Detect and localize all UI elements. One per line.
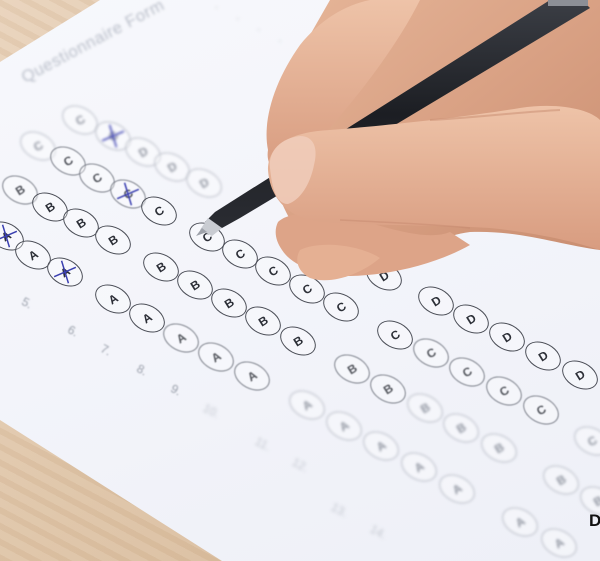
- bubble-letter: B: [554, 472, 569, 488]
- bubble-letter: C: [300, 281, 315, 297]
- bubble-letter: C: [233, 246, 248, 262]
- bubble-letter: D: [500, 329, 515, 345]
- bubble-letter: B: [222, 295, 237, 311]
- bubble-letter: A: [26, 247, 41, 263]
- bubble-letter: A: [140, 310, 155, 326]
- bubble-letter: A: [106, 291, 121, 307]
- bubble-letter: D: [464, 311, 479, 327]
- bubble-letter: B: [106, 232, 121, 248]
- photo-scene: Questionnaire Form · · · · 5.6.7.8.9.10.…: [0, 0, 600, 561]
- bubble-letter: C: [266, 263, 281, 279]
- bubble-letter: A: [513, 514, 528, 530]
- bubble-letter: C: [200, 229, 215, 245]
- bubble-letter: A: [337, 418, 352, 434]
- bubble-letter: B: [256, 313, 271, 329]
- bubble-letter: A: [174, 330, 189, 346]
- bubble-letter: A: [552, 535, 567, 551]
- bubble-letter: B: [74, 215, 89, 231]
- bubble-letter: D: [377, 268, 392, 284]
- bubble-letter: C: [388, 327, 403, 343]
- bubble-letter: B: [418, 400, 433, 416]
- bubble-letter: B: [43, 199, 58, 215]
- bubble-letter: A: [412, 459, 427, 475]
- bubble-letter: B: [591, 493, 600, 509]
- bubble-letter: A: [300, 397, 315, 413]
- bubble-letter: A: [245, 368, 260, 384]
- bubble-letter: B: [381, 381, 396, 397]
- bubble-letter: D: [573, 367, 588, 383]
- bubble-letter: C: [460, 364, 475, 380]
- bubble-letter: B: [188, 277, 203, 293]
- bubble-letter: B: [492, 440, 507, 456]
- bubble-letter: D: [136, 144, 151, 160]
- bubble-letter: D: [536, 348, 551, 364]
- bubble-letter: B: [345, 361, 360, 377]
- bubble-letter: C: [31, 138, 46, 154]
- bubble-letter: A: [374, 438, 389, 454]
- bubble-letter: A: [450, 481, 465, 497]
- bubble-letter: B: [291, 333, 306, 349]
- bubble-letter: C: [73, 112, 88, 128]
- bubble-letter: C: [534, 402, 549, 418]
- bubble-letter: C: [90, 170, 105, 186]
- bubble-letter: C: [61, 153, 76, 169]
- bubble-letter: A: [209, 349, 224, 365]
- bubble-letter: D: [429, 293, 444, 309]
- bubble-letter: B: [154, 259, 169, 275]
- bubble-letter: C: [424, 345, 439, 361]
- bubble-letter: C: [585, 433, 600, 449]
- bubble-letter: C: [152, 203, 167, 219]
- bubble-letter: B: [13, 182, 28, 198]
- bubble-letter: D: [197, 175, 212, 191]
- watermark-logo: D: [589, 511, 600, 531]
- bubble-letter: C: [497, 383, 512, 399]
- bubble-letter: B: [454, 420, 469, 436]
- bubble-letter: C: [334, 299, 349, 315]
- bubble-letter: D: [165, 159, 180, 175]
